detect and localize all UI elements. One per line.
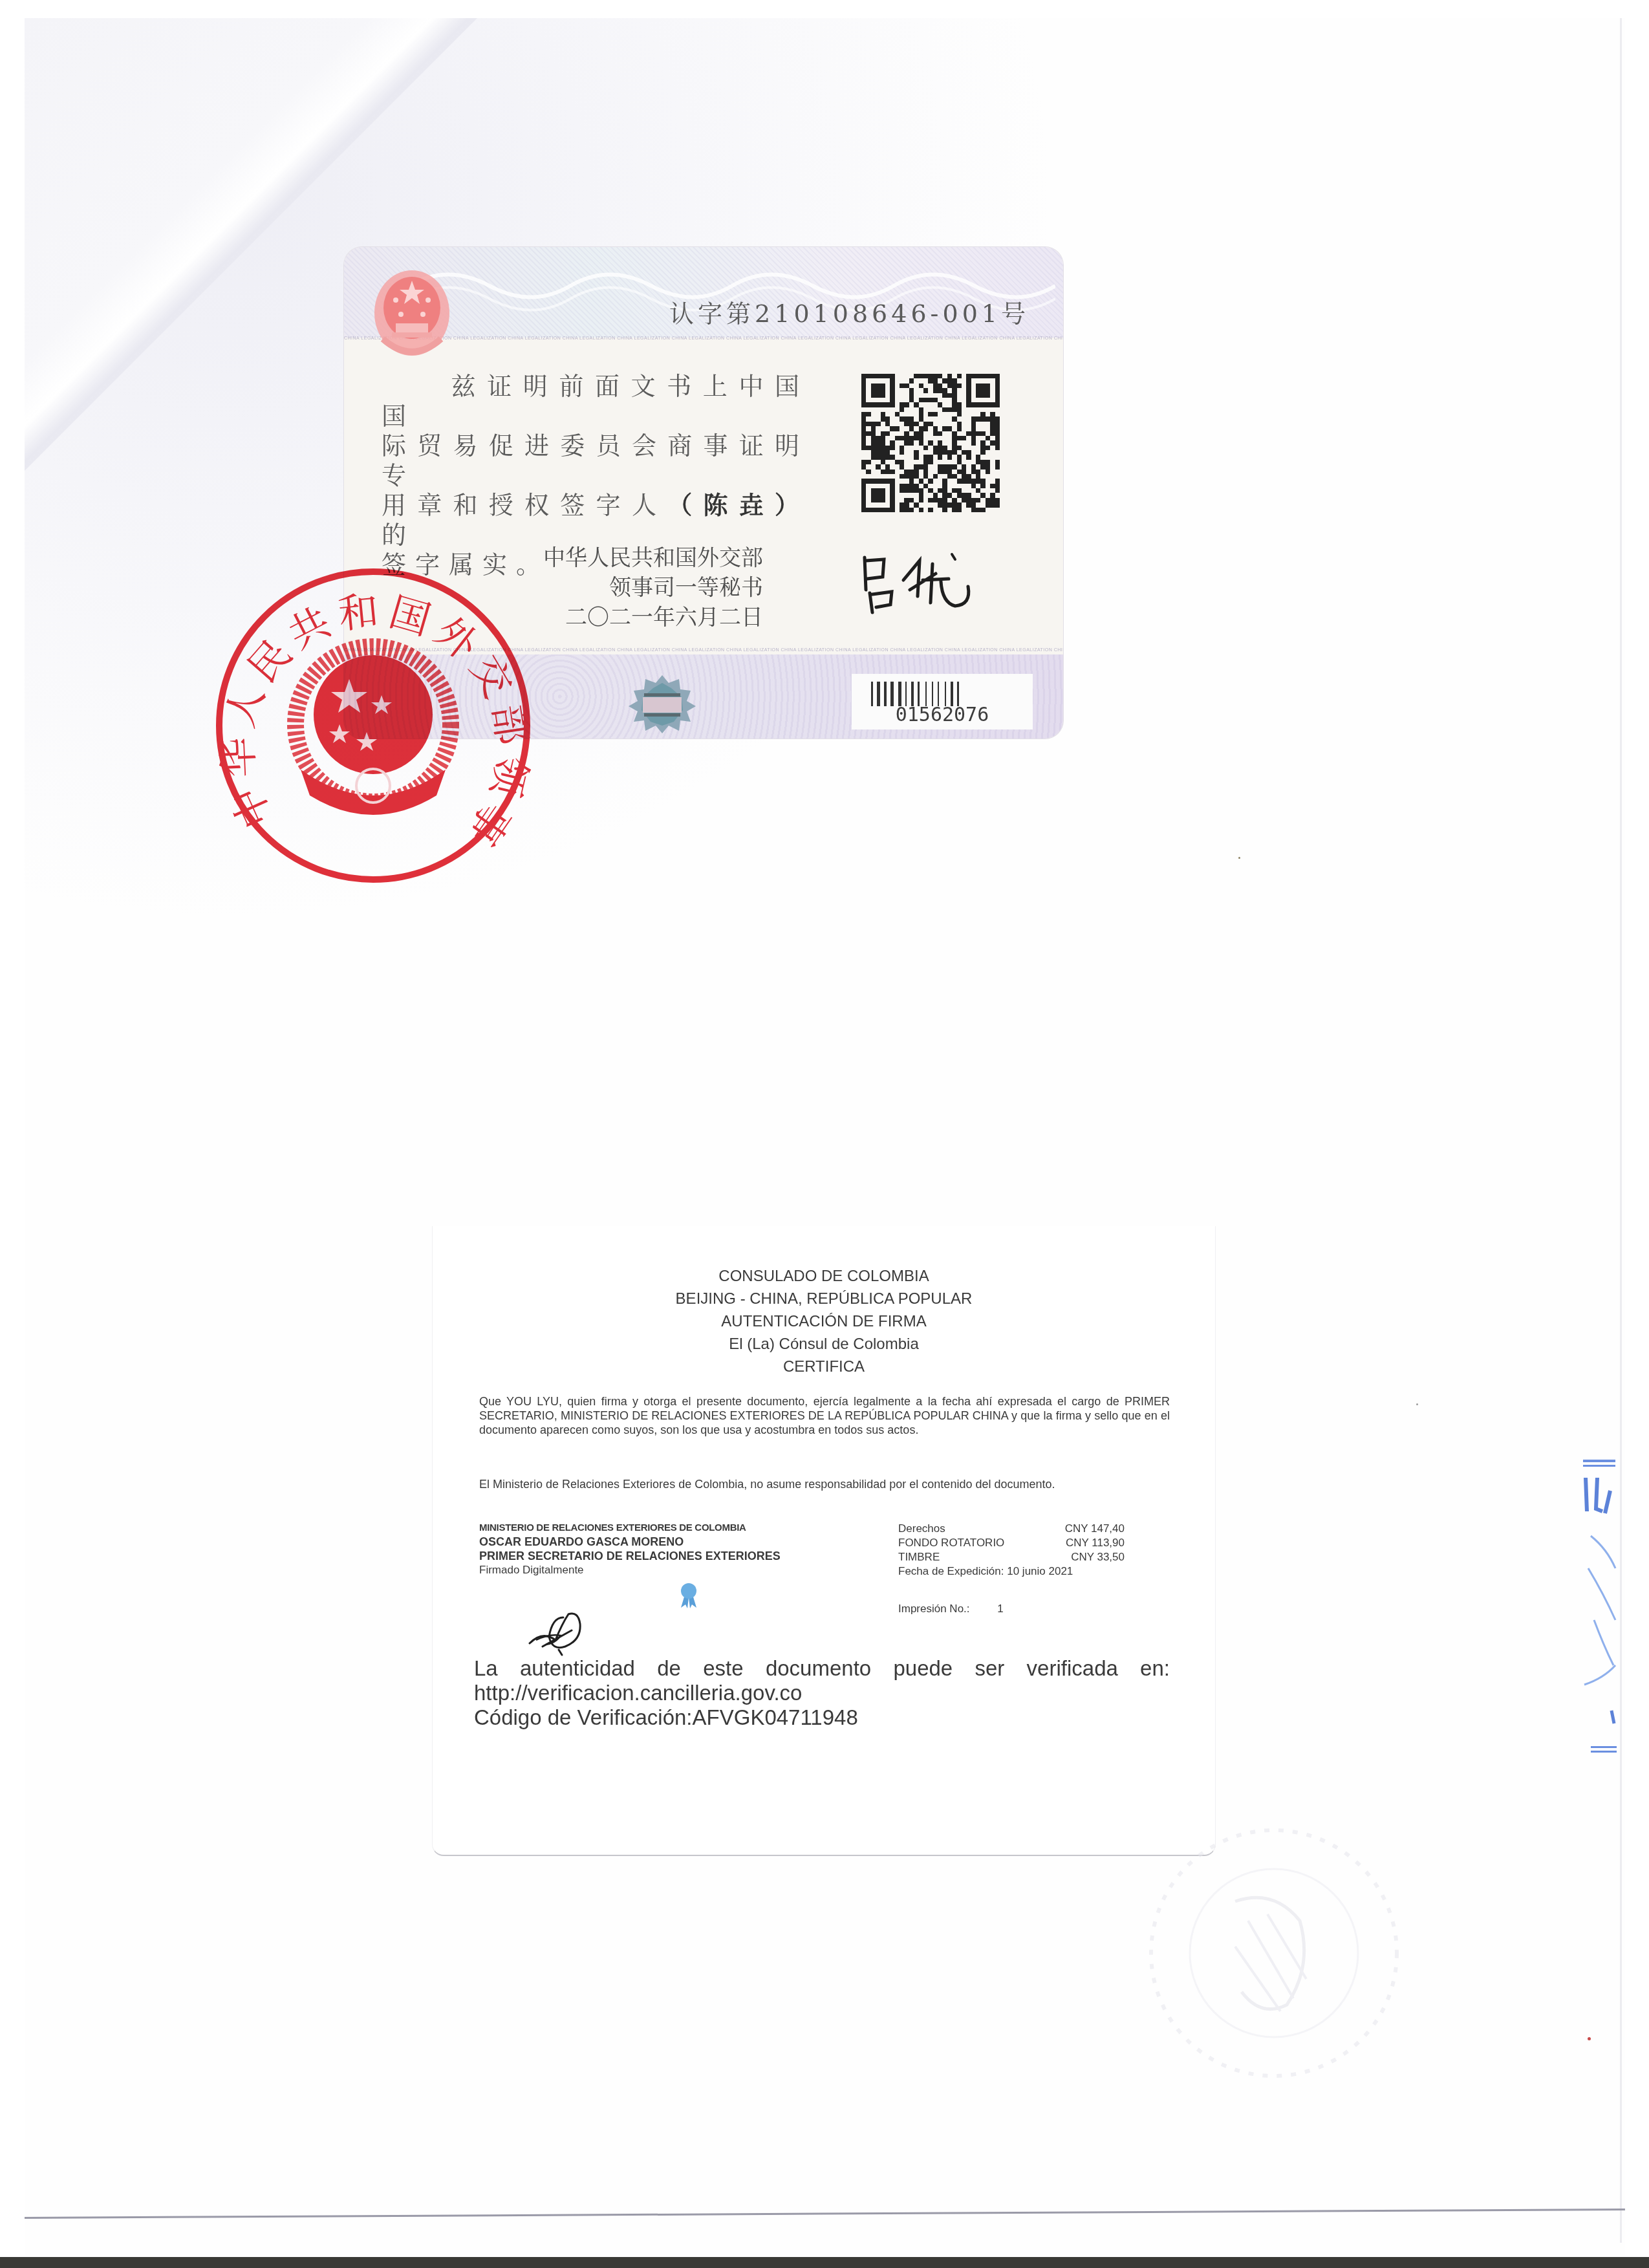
- fees-table: Derechos CNY 147,40 FONDO ROTATORIO CNY …: [898, 1522, 1125, 1579]
- print-number-row: Impresión No.: 1: [898, 1603, 1004, 1615]
- body-line-2: 际贸易促进委员会商事证明专: [382, 431, 808, 490]
- fee-label: FONDO ROTATORIO: [898, 1536, 1004, 1550]
- embossed-seal-icon: [1138, 1817, 1410, 2089]
- fee-row: TIMBRE CNY 33,50: [898, 1550, 1125, 1564]
- fee-amount: CNY 33,50: [1053, 1550, 1125, 1564]
- consulate-header: CONSULADO DE COLOMBIA BEIJING - CHINA, R…: [433, 1265, 1215, 1378]
- verification-code: AFVGK04711948: [693, 1705, 858, 1729]
- scan-speck: [1238, 857, 1240, 859]
- issue-date-value: 10 junio 2021: [1007, 1565, 1073, 1577]
- consulate-name: CONSULADO DE COLOMBIA: [433, 1265, 1215, 1288]
- scan-speck: [1416, 1403, 1418, 1405]
- colombian-authentication-sticker: CONSULADO DE COLOMBIA BEIJING - CHINA, R…: [432, 1226, 1216, 1856]
- digital-signature-note: Firmado Digitalmente: [479, 1563, 841, 1577]
- certification-paragraph: Que YOU LYU, quien firma y otorga el pre…: [479, 1394, 1170, 1437]
- legalization-reference-number: 认字第210108646-001号: [669, 294, 1029, 329]
- disclaimer-paragraph: El Ministerio de Relaciones Exteriores d…: [479, 1477, 1170, 1491]
- official-title: PRIMER SECRETARIO DE RELACIONES EXTERIOR…: [479, 1549, 841, 1563]
- body-line-1: 兹证明前面文书上中国国: [382, 372, 808, 430]
- blue-stamp-fragment-icon: [1578, 1452, 1620, 1762]
- fee-row: FONDO ROTATORIO CNY 113,90: [898, 1536, 1125, 1550]
- consulate-location: BEIJING - CHINA, REPÚBLICA POPULAR: [433, 1288, 1215, 1310]
- verification-instruction: La autenticidad de este documento puede …: [474, 1656, 1170, 1681]
- consul-line: El (La) Cónsul de Colombia: [433, 1333, 1215, 1355]
- scan-speck: [1588, 2037, 1591, 2040]
- handwritten-signature-icon: [858, 541, 1000, 619]
- digital-signature-rosette-icon: [677, 1582, 700, 1609]
- verification-block: La autenticidad de este documento puede …: [474, 1656, 1170, 1730]
- barcode-label: 01562076: [852, 674, 1033, 729]
- barcode-number: 01562076: [852, 704, 1033, 726]
- fee-amount: CNY 147,40: [1053, 1522, 1125, 1536]
- fee-row: Derechos CNY 147,40: [898, 1522, 1125, 1536]
- print-number-value: 1: [997, 1603, 1003, 1615]
- hologram-icon: [623, 674, 701, 733]
- fee-amount: CNY 113,90: [1053, 1536, 1125, 1550]
- print-number-label: Impresión No.:: [898, 1603, 970, 1615]
- national-emblem-icon: [370, 261, 454, 371]
- document-type: AUTENTICACIÓN DE FIRMA: [433, 1310, 1215, 1333]
- issue-date-label: Fecha de Expedición:: [898, 1565, 1004, 1577]
- body-line-3: 用章和授权签字人: [382, 491, 667, 519]
- signatory-name: （陈垚）: [667, 491, 808, 519]
- handwritten-signature-icon: [523, 1604, 594, 1656]
- red-official-seal-icon: 中华人民共和国外交部领事司: [210, 563, 537, 889]
- body-line-3-end: 的: [382, 521, 415, 549]
- official-ministry: MINISTERIO DE RELACIONES EXTERIORES DE C…: [479, 1522, 841, 1535]
- fee-label: Derechos: [898, 1522, 945, 1536]
- qr-code-icon: [861, 374, 1000, 512]
- scanner-bed-edge: [0, 2257, 1649, 2268]
- signing-official: MINISTERIO DE RELACIONES EXTERIORES DE C…: [479, 1522, 841, 1577]
- issue-date-row: Fecha de Expedición: 10 junio 2021: [898, 1564, 1125, 1579]
- verification-code-row: Código de Verificación:AFVGK04711948: [474, 1705, 1170, 1730]
- fee-label: TIMBRE: [898, 1550, 940, 1564]
- verification-code-label: Código de Verificación:: [474, 1705, 693, 1729]
- page-right-edge: [1620, 18, 1622, 2243]
- verification-url[interactable]: http://verificacion.cancilleria.gov.co: [474, 1681, 1170, 1705]
- certifies-line: CERTIFICA: [433, 1355, 1215, 1378]
- barcode-icon: [871, 682, 1013, 706]
- official-name: OSCAR EDUARDO GASCA MORENO: [479, 1535, 841, 1549]
